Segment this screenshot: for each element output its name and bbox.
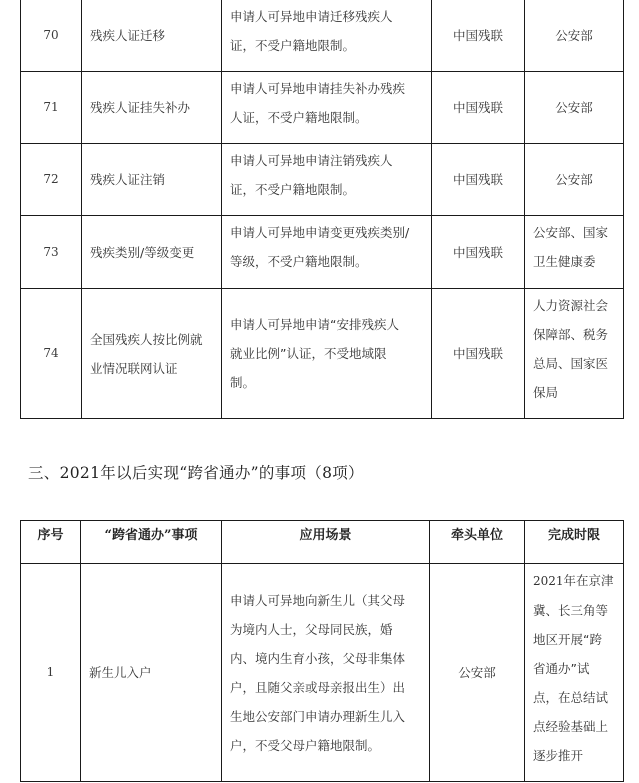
row-number: 70 — [21, 0, 82, 72]
item-name: 残疾人证注销 — [82, 144, 222, 216]
header-scenario: 应用场景 — [222, 521, 430, 564]
item-name: 残疾人证挂失补办 — [82, 72, 222, 144]
scenario: 申请人可异地申请注销残疾人证，不受户籍地限制。 — [222, 144, 432, 216]
section-title: 三、2021年以后实现“跨省通办”的事项（8项） — [28, 461, 364, 483]
item-name: 全国残疾人按比例就业情况联网认证 — [82, 289, 222, 419]
lead-unit: 中国残联 — [432, 0, 525, 72]
partner-unit: 公安部 — [525, 72, 624, 144]
table-row: 74 全国残疾人按比例就业情况联网认证 申请人可异地申请“安排残疾人就业比例”认… — [21, 289, 624, 419]
partner-unit: 公安部 — [525, 144, 624, 216]
table-row: 71 残疾人证挂失补办 申请人可异地申请挂失补办残疾人证，不受户籍地限制。 中国… — [21, 72, 624, 144]
header-number: 序号 — [21, 521, 81, 564]
item-name: 新生儿入户 — [81, 564, 222, 782]
scenario: 申请人可异地申请迁移残疾人证，不受户籍地限制。 — [222, 0, 432, 72]
row-number: 74 — [21, 289, 82, 419]
item-name: 残疾人证迁移 — [82, 0, 222, 72]
scenario: 申请人可异地申请“安排残疾人就业比例”认证，不受地域限制。 — [222, 289, 432, 419]
item-name: 残疾类别/等级变更 — [82, 216, 222, 289]
scenario: 申请人可异地申请挂失补办残疾人证，不受户籍地限制。 — [222, 72, 432, 144]
scenario: 申请人可异地向新生儿（其父母 为境内人士，父母同民族，婚 内、境内生育小孩，父母… — [222, 564, 430, 782]
lead-unit: 中国残联 — [432, 216, 525, 289]
partner-unit: 公安部 — [525, 0, 624, 72]
row-number: 72 — [21, 144, 82, 216]
lead-unit: 公安部 — [430, 564, 525, 782]
lead-unit: 中国残联 — [432, 289, 525, 419]
header-lead-unit: 牵头单位 — [430, 521, 525, 564]
table-row: 1 新生儿入户 申请人可异地向新生儿（其父母 为境内人士，父母同民族，婚 内、境… — [21, 564, 624, 782]
header-deadline: 完成时限 — [525, 521, 624, 564]
deadline: 2021年在京津 冀、长三角等 地区开展“跨 省通办”试 点，在总结试 点经验基… — [525, 564, 624, 782]
header-item: “跨省通办”事项 — [81, 521, 222, 564]
table-header-row: 序号 “跨省通办”事项 应用场景 牵头单位 完成时限 — [21, 521, 624, 564]
row-number: 71 — [21, 72, 82, 144]
partner-unit: 公安部、国家卫生健康委 — [525, 216, 624, 289]
table-row: 72 残疾人证注销 申请人可异地申请注销残疾人证，不受户籍地限制。 中国残联 公… — [21, 144, 624, 216]
cross-province-items-table-continued: 70 残疾人证迁移 申请人可异地申请迁移残疾人证，不受户籍地限制。 中国残联 公… — [20, 0, 624, 419]
lead-unit: 中国残联 — [432, 72, 525, 144]
scenario: 申请人可异地申请变更残疾类别/等级，不受户籍地限制。 — [222, 216, 432, 289]
table-row: 73 残疾类别/等级变更 申请人可异地申请变更残疾类别/等级，不受户籍地限制。 … — [21, 216, 624, 289]
lead-unit: 中国残联 — [432, 144, 525, 216]
row-number: 73 — [21, 216, 82, 289]
cross-province-2021-table: 序号 “跨省通办”事项 应用场景 牵头单位 完成时限 1 新生儿入户 申请人可异… — [20, 520, 624, 782]
table-row: 70 残疾人证迁移 申请人可异地申请迁移残疾人证，不受户籍地限制。 中国残联 公… — [21, 0, 624, 72]
partner-unit: 人力资源社会保障部、税务总局、国家医保局 — [525, 289, 624, 419]
row-number: 1 — [21, 564, 81, 782]
